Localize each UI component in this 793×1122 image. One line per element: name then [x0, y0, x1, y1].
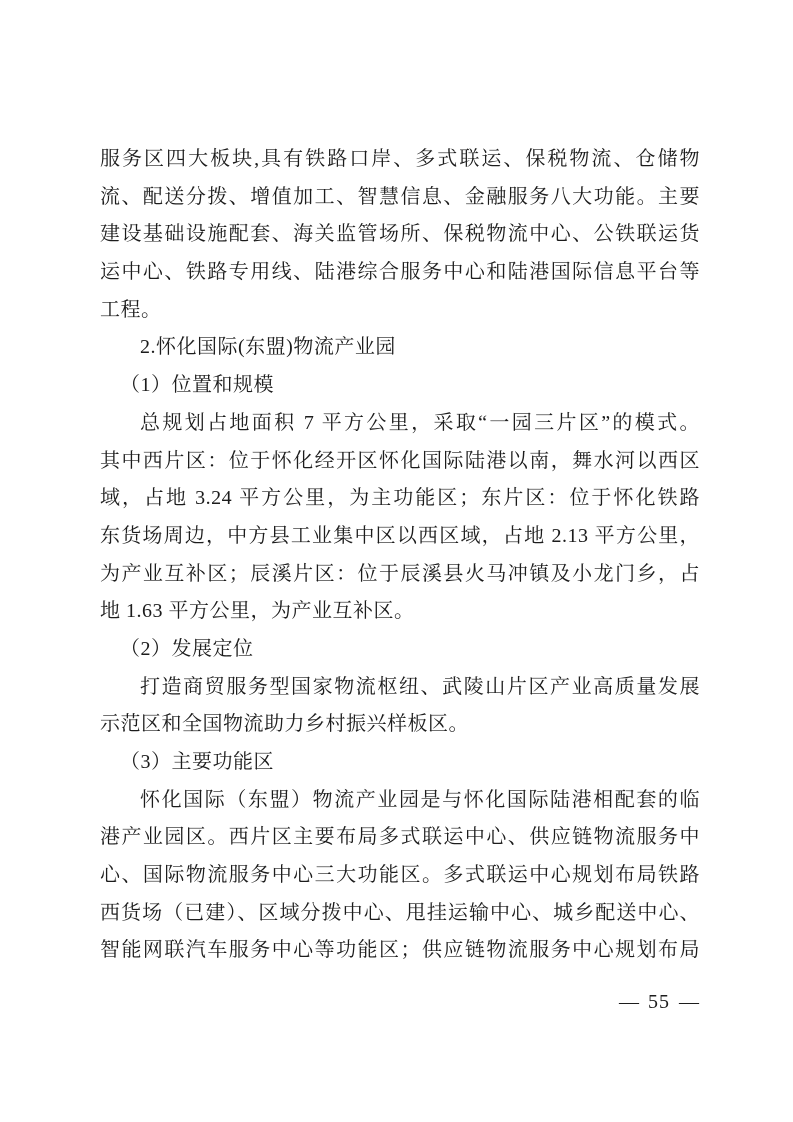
- text-line: 示范区和全国物流助力乡村振兴样板区。: [100, 706, 700, 744]
- paragraph-body: 怀化国际（东盟）物流产业园是与怀化国际陆港相配套的临港产业园区。西片区主要布局多…: [100, 782, 700, 970]
- text-line: （3）主要功能区: [100, 744, 700, 782]
- text-line: （2）发展定位: [100, 631, 700, 669]
- paragraph-body: 总规划占地面积 7 平方公里，采取“一园三片区”的模式。其中西片区：位于怀化经开…: [100, 405, 700, 631]
- text-line: 东货场周边，中方县工业集中区以西区域，占地 2.13 平方公里，: [100, 518, 700, 556]
- text-line: 地 1.63 平方公里，为产业互补区。: [100, 593, 700, 631]
- text-line: 港产业园区。西片区主要布局多式联运中心、供应链物流服务中: [100, 819, 700, 857]
- text-line: 总规划占地面积 7 平方公里，采取“一园三片区”的模式。: [100, 405, 700, 443]
- text-line: 域，占地 3.24 平方公里，为主功能区；东片区：位于怀化铁路: [100, 480, 700, 518]
- text-line: 西货场（已建）、区域分拨中心、甩挂运输中心、城乡配送中心、: [100, 895, 700, 933]
- paragraph-sub-heading: （1）位置和规模: [100, 367, 700, 405]
- text-line: 2.怀化国际(东盟)物流产业园: [100, 329, 700, 367]
- paragraph-sub-heading: （2）发展定位: [100, 631, 700, 669]
- text-line: 心、国际物流服务中心三大功能区。多式联运中心规划布局铁路: [100, 857, 700, 895]
- text-line: 智能网联汽车服务中心等功能区；供应链物流服务中心规划布局: [100, 932, 700, 970]
- page-number-value: 55: [648, 991, 670, 1014]
- text-line: 工程。: [100, 292, 700, 330]
- text-line: 运中心、铁路专用线、陆港综合服务中心和陆港国际信息平台等: [100, 254, 700, 292]
- text-line: 流、配送分拨、增值加工、智慧信息、金融服务八大功能。主要: [100, 179, 700, 217]
- text-line: 为产业互补区；辰溪片区：位于辰溪县火马冲镇及小龙门乡，占: [100, 556, 700, 594]
- document-body: 服务区四大板块,具有铁路口岸、多式联运、保税物流、仓储物流、配送分拨、增值加工、…: [100, 141, 700, 970]
- paragraph-body: 打造商贸服务型国家物流枢纽、武陵山片区产业高质量发展示范区和全国物流助力乡村振兴…: [100, 669, 700, 744]
- page-number: — 55 —: [619, 991, 699, 1014]
- paragraph-numbered-heading: 2.怀化国际(东盟)物流产业园: [100, 329, 700, 367]
- text-line: 其中西片区：位于怀化经开区怀化国际陆港以南，舞水河以西区: [100, 443, 700, 481]
- text-line: 打造商贸服务型国家物流枢纽、武陵山片区产业高质量发展: [100, 669, 700, 707]
- paragraph-body-continued: 服务区四大板块,具有铁路口岸、多式联运、保税物流、仓储物流、配送分拨、增值加工、…: [100, 141, 700, 329]
- page-number-dash-right: —: [679, 991, 699, 1014]
- page-number-dash-left: —: [619, 991, 639, 1014]
- text-line: 服务区四大板块,具有铁路口岸、多式联运、保税物流、仓储物: [100, 141, 700, 179]
- text-line: 建设基础设施配套、海关监管场所、保税物流中心、公铁联运货: [100, 216, 700, 254]
- paragraph-sub-heading: （3）主要功能区: [100, 744, 700, 782]
- document-page: 服务区四大板块,具有铁路口岸、多式联运、保税物流、仓储物流、配送分拨、增值加工、…: [0, 0, 793, 1122]
- text-line: （1）位置和规模: [100, 367, 700, 405]
- text-line: 怀化国际（东盟）物流产业园是与怀化国际陆港相配套的临: [100, 782, 700, 820]
